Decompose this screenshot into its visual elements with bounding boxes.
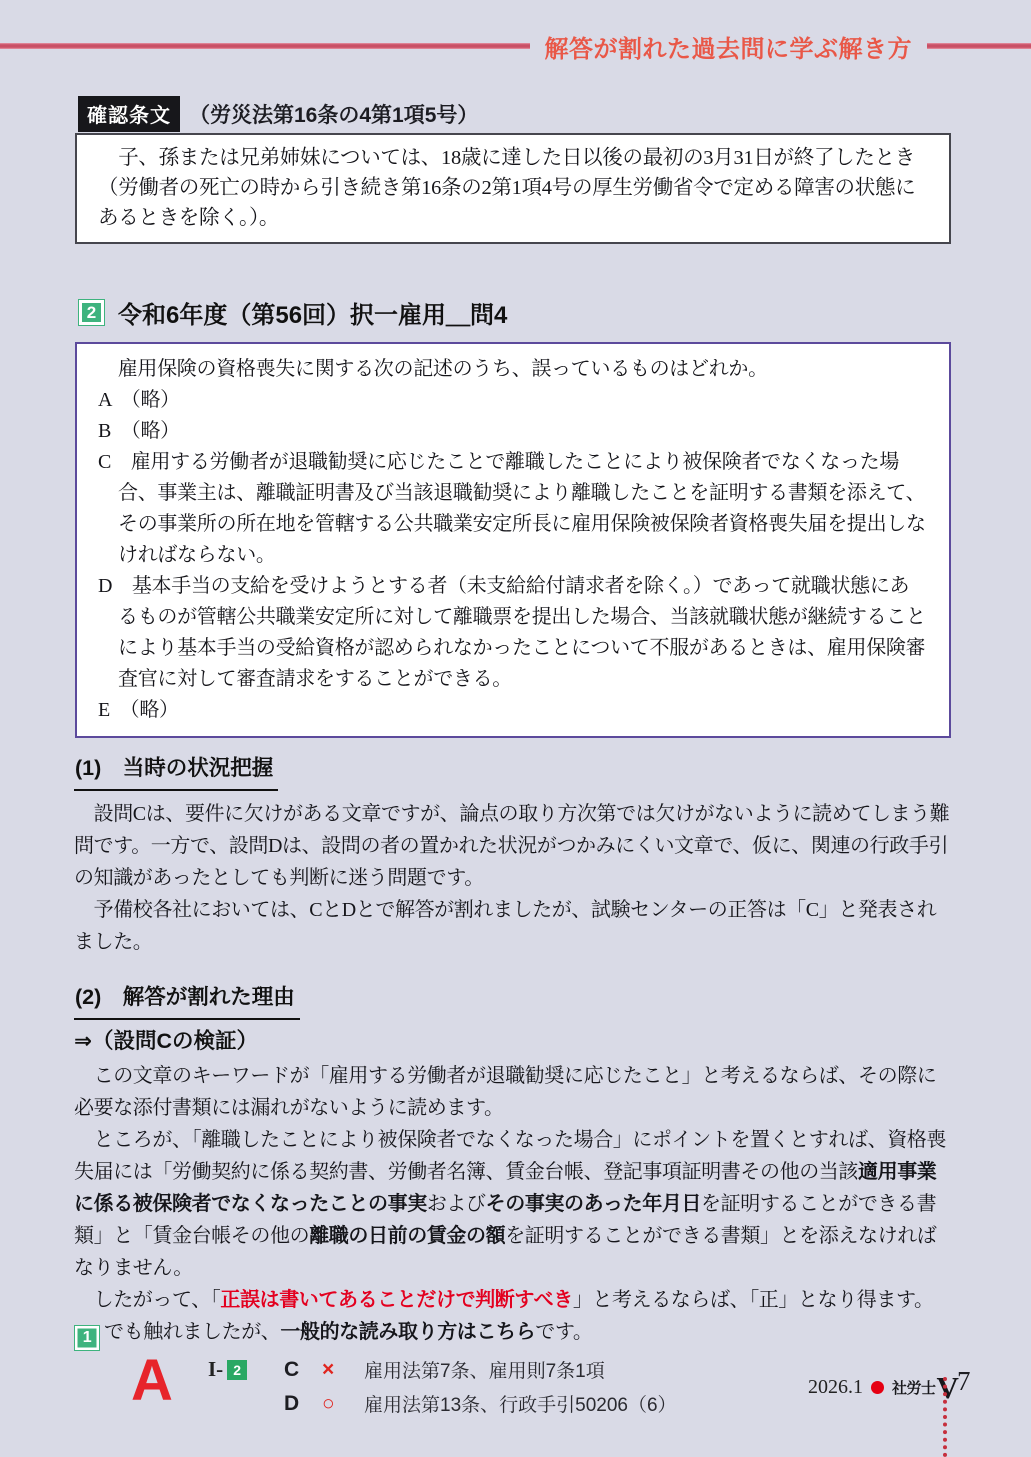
question-option-e: E （略） (98, 695, 928, 726)
dotted-divider (943, 1377, 947, 1457)
answer-key-block: I-2 C × 雇用法第7条、雇用則7条1項 D ○ 雇用法第13条、行政手引5… (208, 1356, 677, 1417)
question-number-badge: 2 (78, 299, 105, 326)
answer-letter-d: D (284, 1392, 322, 1416)
section2-heading: (2) 解答が割れた理由 (74, 981, 300, 1020)
page-header-title: 解答が割れた過去問に学ぶ解き方 (545, 29, 913, 64)
brand-dot-icon (871, 1381, 884, 1394)
footer-right: 2026.1 社労士V (808, 1372, 959, 1403)
answer-ref-roman: I- (208, 1357, 223, 1382)
section2-paragraph-2: ところが、「離職したことにより被保険者でなくなった場合」にポイントを置くとすれば… (74, 1124, 954, 1284)
inline-topic-badge: 1 (74, 1325, 100, 1351)
statute-label: 確認条文 (78, 96, 180, 132)
header-rule-right (927, 43, 1031, 49)
magazine-page: 解答が割れた過去問に学ぶ解き方 確認条文 （労災法第16条の4第1項5号） 子、… (0, 0, 1031, 1457)
header-rule-left (0, 43, 530, 49)
brand-logo: 社労士V (892, 1372, 959, 1403)
question-intro: 雇用保険の資格喪失に関する次の記述のうち、誤っているものはどれか。 (98, 354, 928, 385)
question-header-row: 2 令和6年度（第56回）択一雇用＿問4 (78, 295, 507, 330)
question-option-a: A （略） (98, 385, 928, 416)
question-option-c: C 雇用する労働者が退職勧奨に応じたことで離職したことにより被保険者でなくなった… (98, 447, 928, 571)
answer-ref-label: I-2 (208, 1357, 284, 1382)
verification-arrow-line: ⇒（設問Cの検証） (74, 1025, 954, 1057)
wrong-mark-icon: × (322, 1358, 364, 1382)
question-box: 雇用保険の資格喪失に関する次の記述のうち、誤っているものはどれか。 A （略） … (75, 342, 951, 738)
section1-paragraph-2: 予備校各社においては、CとDとで解答が割れましたが、試験センターの正答は「C」と… (74, 894, 954, 958)
answer-ref-text-c: 雇用法第7条、雇用則7条1項 (364, 1356, 677, 1383)
correct-mark-icon: ○ (322, 1392, 364, 1416)
statute-box: 子、孫または兄弟姉妹については、18歳に達した日以後の最初の3月31日が終了した… (75, 133, 951, 244)
issue-date: 2026.1 (808, 1376, 863, 1399)
brand-logo-text: 社労士 (892, 1377, 936, 1398)
answer-letter-c: C (284, 1358, 322, 1382)
statute-label-row: 確認条文 （労災法第16条の4第1項5号） (78, 96, 478, 132)
commentary-body: (1) 当時の状況把握 設問Cは、要件に欠けがある文章ですが、論点の取り方次第で… (74, 752, 954, 1351)
section2-paragraph-3: したがって、「正誤は書いてあることだけで判断すべき」と考えるならば、「正」となり… (74, 1284, 954, 1316)
page-number: 7 (957, 1366, 971, 1397)
question-title: 令和6年度（第56回）択一雇用＿問4 (118, 295, 507, 330)
section1-paragraph-1: 設問Cは、要件に欠けがある文章ですが、論点の取り方次第では欠けがないように読めて… (74, 798, 954, 894)
section2-paragraph-1: この文章のキーワードが「雇用する労働者が退職勧奨に応じたこと」と考えるならば、そ… (74, 1060, 954, 1124)
question-option-d: D 基本手当の支給を受けようとする者（未支給給付請求者を除く。）であって就職状態… (98, 571, 928, 695)
answer-ref-text-d: 雇用法第13条、行政手引50206（6） (364, 1390, 677, 1417)
answer-ref-badge: 2 (227, 1360, 247, 1380)
question-option-b: B （略） (98, 416, 928, 447)
statute-reference: （労災法第16条の4第1項5号） (189, 99, 478, 129)
section1-heading: (1) 当時の状況把握 (74, 752, 278, 791)
section2-final-line: 1でも触れましたが、一般的な読み取り方はこちらです。 (74, 1316, 954, 1351)
page-header: 解答が割れた過去問に学ぶ解き方 (0, 31, 1031, 61)
answer-grade: A (131, 1352, 173, 1410)
brand-logo-v: V (937, 1372, 959, 1403)
statute-text: 子、孫または兄弟姉妹については、18歳に達した日以後の最初の3月31日が終了した… (98, 143, 928, 233)
